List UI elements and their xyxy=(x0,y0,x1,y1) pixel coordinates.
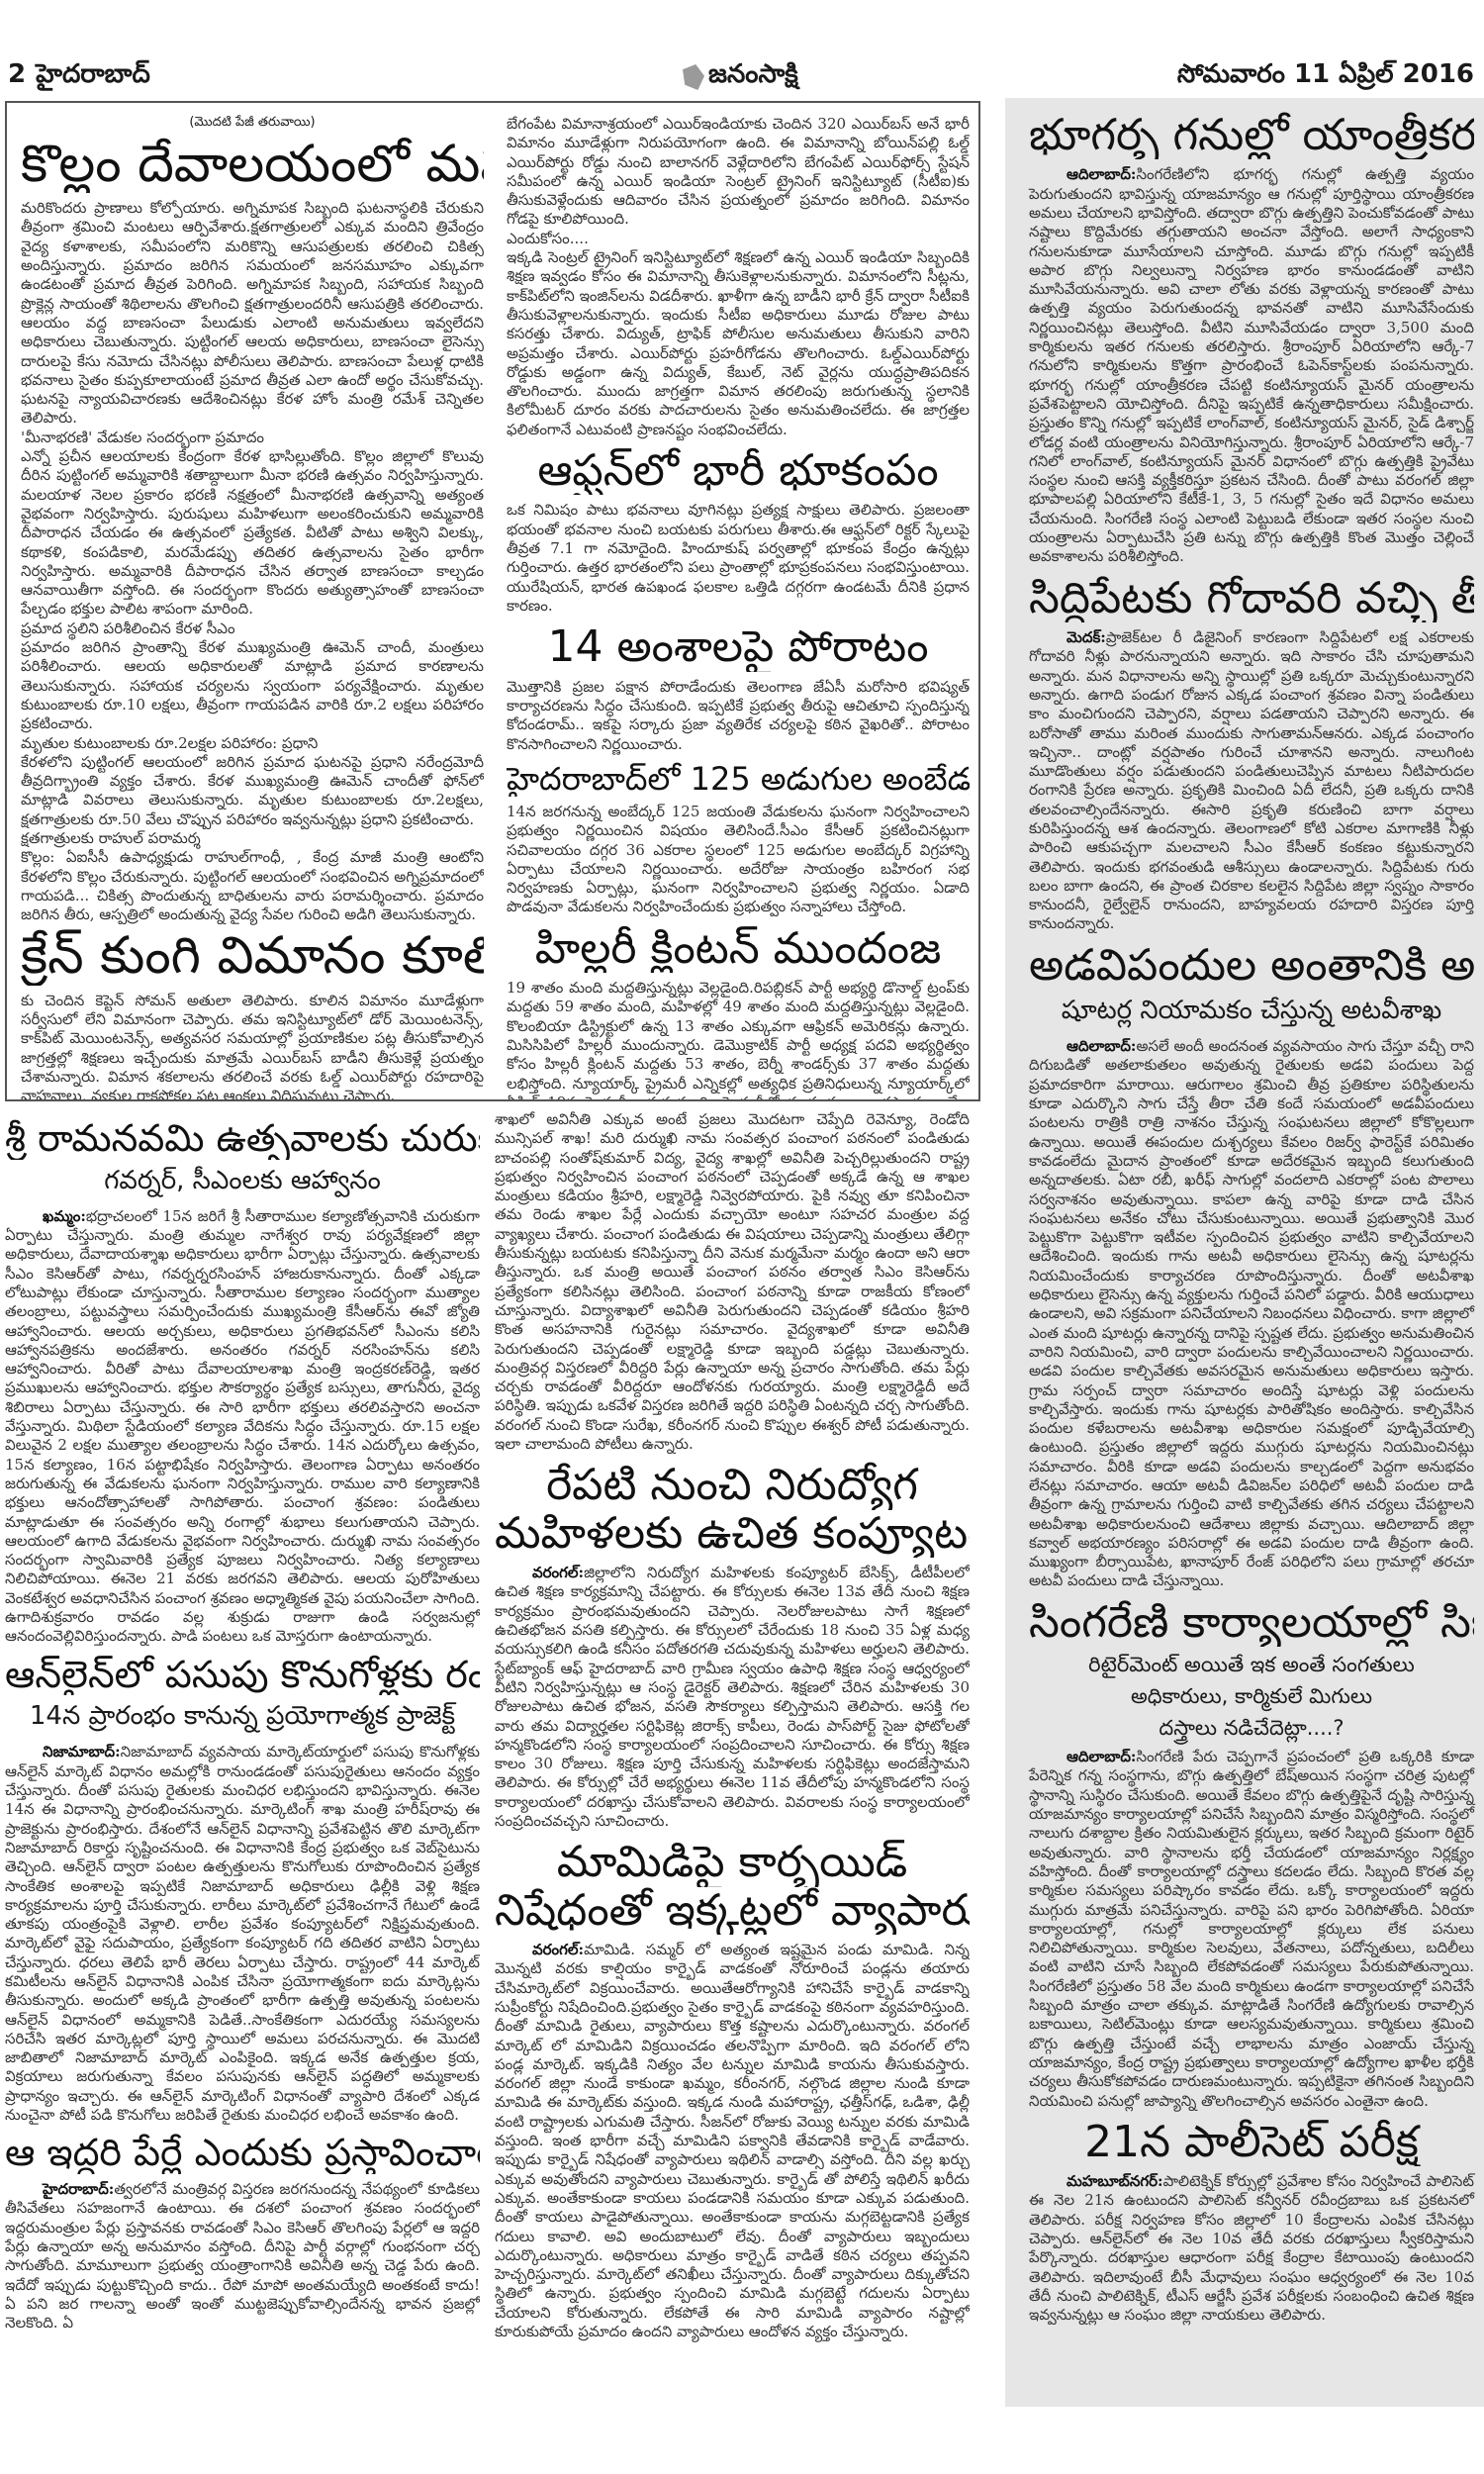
paragraph: ప్రమాదం జరిగిన ప్రాంతాన్ని కేరళ ముఖ్యమంత… xyxy=(21,638,484,733)
headline: అడవిపందుల అంతానికి అనుమతి xyxy=(1029,942,1474,990)
dateline: ఖమ్మం: xyxy=(43,1207,86,1225)
dateline: నిజామాబాద్: xyxy=(43,1743,121,1760)
paragraph: ఇక్కడి సెంట్రల్ ట్రైనింగ్ ఇనిస్టిట్యూట్‌… xyxy=(507,248,970,439)
subheadline: గవర్నర్, సీఎంలకు ఆహ్వానం xyxy=(5,1166,480,1201)
plane-article-continued: బేగంపేట విమానాశ్రయంలో ఎయిర్‌ఇండియాకు చెం… xyxy=(507,103,970,1099)
masthead: 2హైదరాబాద్ జనంసాక్షి సోమవారం 11 ఏప్రిల్ … xyxy=(0,0,1484,99)
continued-kicker: (మొదటి పేజీ తరువాయి) xyxy=(21,115,484,133)
article-body: ఒక నిమిషం పాటు భవనాలు వూగినట్లు ప్రత్యక్… xyxy=(507,501,970,616)
headline: సింగరేణి కార్యాలయాల్లో సిబ్బంది కరువు xyxy=(1029,1599,1474,1647)
polycet-article: 21న పాలీసెట్ పరీక్ష మహబూబ్‌నగర్:పాలిటెక్… xyxy=(1029,2119,1474,2326)
inline-subhead: 'మీనాభరణి' వేడుకల సందర్భంగా ప్రమాదం xyxy=(21,428,484,447)
paper-logo: జనంసాక్షి xyxy=(683,59,798,95)
headline: హిల్లరీ క్లింటన్ ముందంజ xyxy=(507,925,970,973)
subheadline: రిటైర్‌మెంట్ అయితే ఇక అంతే సంగతులు xyxy=(1029,1653,1474,1682)
paragraph: కేరళలోని పుట్టింగల్ ఆలయంలో జరిగిన ప్రమాద… xyxy=(21,753,484,829)
headline-line-1: మామిడిపై కార్బయిడ్ xyxy=(495,1839,970,1886)
page-folio: 2హైదరాబాద్ xyxy=(8,59,150,95)
paper-name: జనంసాక్షి xyxy=(708,59,798,95)
ramanavami-article: శ్రీ రామనవమి ఉత్సవాలకు చురుకుగా ఏర్పాట్ల… xyxy=(5,1118,480,1647)
inline-subhead: ఎందుకోసం.... xyxy=(507,230,970,248)
article-body: వరంగల్:జిల్లాలోని నిరుద్యోగ మహిళలకు కంప్… xyxy=(495,1564,970,1831)
telangana-map-icon xyxy=(683,64,704,90)
subheadline: 14న ప్రారంభం కానున్న ప్రయోగాత్మక ప్రాజెక… xyxy=(5,1701,480,1737)
singareni-staff-article: సింగరేణి కార్యాలయాల్లో సిబ్బంది కరువు రి… xyxy=(1029,1599,1474,2111)
article-body: ఆదిలాబాద్:సింగరేణి పేరు చెప్పగానే ప్రపంచ… xyxy=(1029,1748,1474,2111)
paragraph: 19 శాతం మంది మద్దతిస్తున్నట్లు వెల్లడైంద… xyxy=(507,979,970,1099)
two-names-article: ఆ ఇద్దరి పేర్లే ఎందుకు ప్రస్తావించారు? హ… xyxy=(5,2133,480,2332)
headline-line-2: మహిళలకు ఉచిత కంప్యూటర్ శిక్షణ xyxy=(495,1510,970,1558)
mango-carbide-article: మామిడిపై కార్బయిడ్ నిషేధంతో ఇక్కట్లలో వ్… xyxy=(495,1839,970,2341)
headline: ఆన్‌లైన్‌లో పసుపు కొనుగోళ్లకు రంగం సిద్ధ… xyxy=(5,1655,480,1696)
subheadline: అధికారులు, కార్మికులే మిగులు xyxy=(1029,1684,1474,1714)
paragraph: ఒక నిమిషం పాటు భవనాలు వూగినట్లు ప్రత్యక్… xyxy=(507,501,970,616)
paragraph: నిజామాబాద్ వ్యవసాయ మార్కెట్‌యార్డులో పసు… xyxy=(5,1743,480,2124)
headline: హైదరాబాద్‌లో 125 అడుగుల అంబేడ్కర్ విగ్రహ… xyxy=(507,762,970,797)
dateline: మహబూబ్‌నగర్: xyxy=(1067,2172,1163,2190)
lower-left-column: శ్రీ రామనవమి ఉత్సవాలకు చురుకుగా ఏర్పాట్ల… xyxy=(5,1110,480,2466)
paragraph: మరికొందరు ప్రాణాలు కోల్పోయారు. అగ్నిమాపక… xyxy=(21,199,484,428)
subheadline: షూటర్ల నియామకం చేస్తున్న అటవీశాఖ xyxy=(1029,996,1474,1031)
siddipet-article: సిద్దిపేటకు గోదావరి వచ్చి తీరుతుంది మెదక… xyxy=(1029,575,1474,934)
dateline: మెదక్: xyxy=(1067,628,1106,646)
computer-training-article: రేపటి నుంచి నిరుద్యోగ మహిళలకు ఉచిత కంప్య… xyxy=(495,1462,970,1831)
paragraph: జిల్లాలోని నిరుద్యోగ మహిళలకు కంప్యూటర్ బ… xyxy=(495,1564,970,1830)
paragraph: ప్రాజెక్‌టల రీ డిజైనింగ్ కారణంగా సిద్దిప… xyxy=(1029,628,1474,932)
paragraph: త్వరలోనే మంత్రివర్గ విస్తరణ జరగనుందన్న న… xyxy=(5,2180,480,2331)
issue-date: సోమవారం 11 ఏప్రిల్ 2016 xyxy=(1177,59,1474,95)
article-body: నిజామాబాద్:నిజామాబాద్ వ్యవసాయ మార్కెట్‌య… xyxy=(5,1743,480,2125)
dateline: వరంగల్: xyxy=(532,1941,584,1958)
paragraph: బేగంపేట విమానాశ్రయంలో ఎయిర్‌ఇండియాకు చెం… xyxy=(507,115,970,230)
article-body: కు చెందిన కెప్టెన్ సోమన్ అతులా తెలిపారు.… xyxy=(21,992,484,1099)
inline-subhead: క్షతగాత్రులకు రాహుల్ పరామర్శ xyxy=(21,829,484,848)
subheadline: దస్త్రాలు నడిచేదెట్లా....? xyxy=(1029,1716,1474,1746)
headline: క్రేన్ కుంగి విమానం కూలింది xyxy=(21,928,484,985)
paragraph: అసలే అందీ అందనంత వ్యవసాయం సాగు చేస్తూ వచ… xyxy=(1029,1037,1474,1589)
article-body: ఆదిలాబాద్:అసలే అందీ అందనంత వ్యవసాయం సాగు… xyxy=(1029,1037,1474,1591)
dateline: ఆదిలాబాద్: xyxy=(1067,1037,1136,1055)
paragraph: కొల్లం: ఏఐసీసీ ఉపాధ్యక్షుడు రాహుల్‌గాంధీ… xyxy=(21,848,484,924)
headline: సిద్దిపేటకు గోదావరి వచ్చి తీరుతుంది xyxy=(1029,575,1474,622)
section-name: హైదరాబాద్ xyxy=(36,59,150,89)
dateline: హైదరాబాద్: xyxy=(43,2180,114,2198)
kollam-article: (మొదటి పేజీ తరువాయి) కొల్లం దేవాలయంలో మహ… xyxy=(21,103,484,1099)
top-feature-box: (మొదటి పేజీ తరువాయి) కొల్లం దేవాలయంలో మహ… xyxy=(5,101,980,1101)
article-body: మెదక్:ప్రాజెక్‌టల రీ డిజైనింగ్ కారణంగా స… xyxy=(1029,628,1474,934)
article-continuation: శాఖలో అవినీతి ఎక్కువ అంటే ప్రజలు మొదటగా … xyxy=(495,1110,970,1454)
inline-subhead: ప్రమాద స్థలిని పరిశీలించిన కేరళ సీఎం xyxy=(21,619,484,638)
article-body: 19 శాతం మంది మద్దతిస్తున్నట్లు వెల్లడైంద… xyxy=(507,979,970,1099)
headline: భూగర్భ గనుల్లో యాంత్రీకరణకు ఆసక్తి xyxy=(1029,112,1474,159)
paragraph: మొత్తానికి ప్రజల పక్షాన పోరాడేందుకు తెలం… xyxy=(507,678,970,754)
headline: 21న పాలీసెట్ పరీక్ష xyxy=(1029,2119,1474,2166)
article-body: మహబూబ్‌నగర్:పాలిటెక్నిక్ కోర్సుల్లో ప్రవ… xyxy=(1029,2172,1474,2325)
headline-line-2: నిషేధంతో ఇక్కట్లలో వ్యాపారులు xyxy=(495,1887,970,1935)
headline-line-1: రేపటి నుంచి నిరుద్యోగ xyxy=(495,1462,970,1509)
headline: ఆఫ్ఘన్‌లో భారీ భూకంపం xyxy=(507,447,970,495)
paragraph: మామిడి. సమ్మర్ లో అత్యంత ఇష్టమైన పండు మా… xyxy=(495,1941,970,2340)
page-number: 2 xyxy=(8,59,26,89)
article-body: వరంగల్:మామిడి. సమ్మర్ లో అత్యంత ఇష్టమైన … xyxy=(495,1941,970,2341)
wild-boar-article: అడవిపందుల అంతానికి అనుమతి షూటర్ల నియామకం… xyxy=(1029,942,1474,1591)
article-body: మరికొందరు ప్రాణాలు కోల్పోయారు. అగ్నిమాపక… xyxy=(21,199,484,924)
paragraph: సింగరేణిలోని భూగర్భ గనుల్లో ఉత్పత్తి వ్య… xyxy=(1029,165,1474,565)
inline-subhead: మృతుల కుటుంబాలకు రూ.2లక్షల పరిహారం: ప్రధ… xyxy=(21,734,484,753)
article-body: ఖమ్మం:భద్రాచలంలో 15న జరిగే శ్రీ సీతారాము… xyxy=(5,1207,480,1647)
article-body: ఆదిలాబాద్:సింగరేణిలోని భూగర్భ గనుల్లో ఉత… xyxy=(1029,165,1474,566)
paragraph: శాఖలో అవినీతి ఎక్కువ అంటే ప్రజలు మొదటగా … xyxy=(495,1110,970,1454)
headline: కొల్లం దేవాలయంలో మహా విషాదం xyxy=(21,137,484,193)
paragraph: భద్రాచలంలో 15న జరిగే శ్రీ సీతారాముల కల్య… xyxy=(5,1207,480,1646)
dateline: ఆదిలాబాద్: xyxy=(1067,1748,1136,1765)
headline: 14 అంశాలపై పోరాటం xyxy=(507,623,970,671)
paragraph: 14న జరగనున్న అంబేద్కర్ 125 జయంతి వేడుకలన… xyxy=(507,803,970,917)
lower-middle-column: శాఖలో అవినీతి ఎక్కువ అంటే ప్రజలు మొదటగా … xyxy=(495,1110,970,2466)
headline: శ్రీ రామనవమి ఉత్సవాలకు చురుకుగా ఏర్పాట్ల… xyxy=(5,1118,480,1160)
dateline: ఆదిలాబాద్: xyxy=(1067,165,1136,183)
article-body: 14న జరగనున్న అంబేద్కర్ 125 జయంతి వేడుకలన… xyxy=(507,803,970,917)
headline: ఆ ఇద్దరి పేర్లే ఎందుకు ప్రస్తావించారు? xyxy=(5,2133,480,2174)
paragraph: కు చెందిన కెప్టెన్ సోమన్ అతులా తెలిపారు.… xyxy=(21,992,484,1099)
mechanization-article: భూగర్భ గనుల్లో యాంత్రీకరణకు ఆసక్తి ఆదిలా… xyxy=(1029,112,1474,567)
paragraph: ఎన్నో ప్రచీన ఆలయాలకు కేంద్రంగా కేరళ భాసి… xyxy=(21,447,484,619)
turmeric-article: ఆన్‌లైన్‌లో పసుపు కొనుగోళ్లకు రంగం సిద్ధ… xyxy=(5,1655,480,2126)
paragraph: సింగరేణి పేరు చెప్పగానే ప్రపంచంలో ప్రతి … xyxy=(1029,1748,1474,2109)
article-body: బేగంపేట విమానాశ్రయంలో ఎయిర్‌ఇండియాకు చెం… xyxy=(507,115,970,439)
paragraph: పాలిటెక్నిక్ కోర్సుల్లో ప్రవేశాల కోసం ని… xyxy=(1029,2172,1474,2324)
dateline: వరంగల్: xyxy=(532,1564,584,1581)
right-column: భూగర్భ గనుల్లో యాంత్రీకరణకు ఆసక్తి ఆదిలా… xyxy=(1005,98,1484,2407)
article-body: హైదరాబాద్:త్వరలోనే మంత్రివర్గ విస్తరణ జర… xyxy=(5,2180,480,2332)
article-body: మొత్తానికి ప్రజల పక్షాన పోరాడేందుకు తెలం… xyxy=(507,678,970,754)
